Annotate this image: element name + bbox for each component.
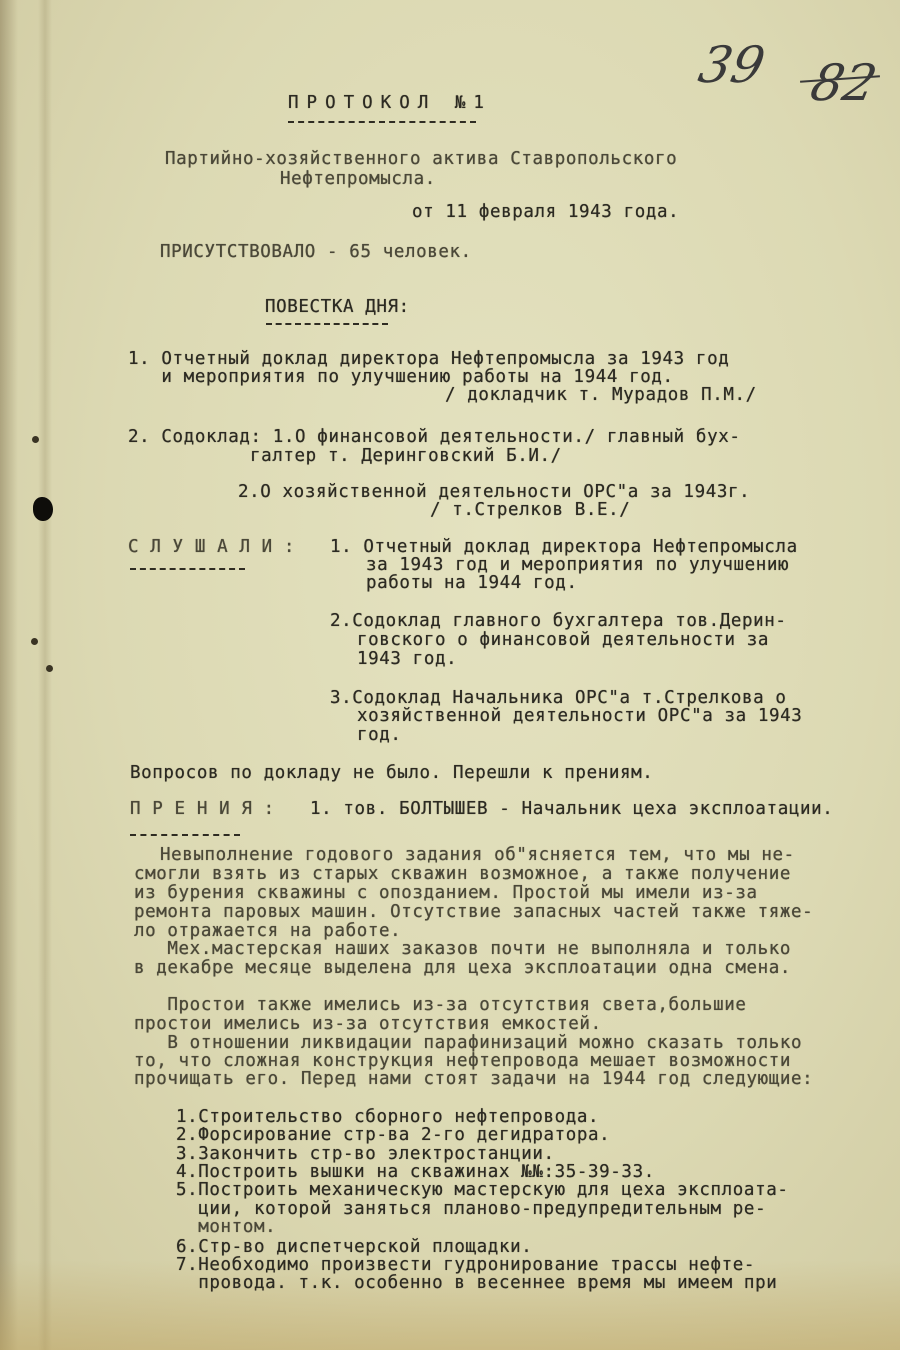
heard-item-1-line-2: за 1943 год и мероприятия по улучшению (366, 556, 789, 574)
debate-p1-line-1: Невыполнение годового задания об"ясняетс… (160, 846, 795, 864)
heard-item-1-line-3: работы на 1944 год. (366, 574, 578, 592)
binding-hole-small (32, 436, 39, 443)
debate-speaker: 1. тов. БОЛТЫШЕВ - Начальник цеха экспло… (310, 800, 833, 818)
heard-item-3-line-2: хозяйственной деятельности ОРС"а за 1943 (357, 707, 802, 725)
binding-hole-small (46, 665, 53, 672)
debate-p2-line-1: Мех.мастерская наших заказов почти не вы… (134, 940, 791, 958)
title-underline (288, 121, 476, 123)
old-sheet-number-struck: 82 (806, 54, 882, 112)
binding-hole-small (31, 638, 38, 645)
agenda-heading: ПОВЕСТКА ДНЯ: (265, 298, 410, 316)
task-7-line-1: 7.Необходимо произвести гудронирование т… (176, 1256, 755, 1274)
debate-p1-line-4: ремонта паровых машин. Отсутствие запасн… (134, 903, 813, 921)
debate-p1-line-5: ло отражается на работе. (134, 922, 401, 940)
debate-p3-line-3: В отношении ликвидации парафинизаций мож… (134, 1034, 802, 1052)
agenda-item-1-line-1: 1. Отчетный доклад директора Нефтепромыс… (128, 350, 729, 368)
task-1: 1.Строительство сборного нефтепровода. (176, 1108, 599, 1126)
debate-p1-line-2: смогли взять из старых скважин возможное… (134, 865, 791, 883)
task-2: 2.Форсирование стр-ва 2-го дегидратора. (176, 1126, 610, 1144)
document-page: 39 82 ПРОТОКОЛ №1 Партийно-хозяйственног… (0, 0, 900, 1350)
heard-item-2-line-2: говского о финансовой деятельности за (357, 631, 769, 649)
task-3: 3.Закончить стр-во электростанции. (176, 1145, 555, 1163)
sheet-number-handwritten: 39 (694, 36, 770, 94)
subtitle-line-2: Нефтепромысла. (280, 170, 436, 188)
agenda-item-1-line-2: и мероприятия по улучшению работы на 194… (128, 368, 674, 386)
debate-p3-line-5: прочищать его. Перед нами стоят задачи н… (134, 1070, 813, 1088)
agenda-item-3-line-2: / т.Стрелков В.Е./ (430, 501, 630, 519)
subtitle-line-1: Партийно-хозяйственного актива Ставропол… (165, 150, 677, 168)
heard-label: С Л У Ш А Л И : (128, 538, 295, 556)
task-5-line-3: монтом. (176, 1218, 276, 1236)
page-fold (38, 0, 52, 1350)
debate-p3-line-2: простои имелись из-за отсутствия емкосте… (134, 1015, 602, 1033)
task-5-line-1: 5.Построить механическую мастерскую для … (176, 1181, 788, 1199)
agenda-item-2-line-1: 2. Содоклад: 1.О финансовой деятельности… (128, 428, 740, 446)
debate-p3-line-1: Простои также имелись из-за отсутствия с… (134, 996, 746, 1014)
heard-underline (130, 568, 245, 570)
task-7-line-2: провода. т.к. особенно в весеннее время … (176, 1274, 777, 1292)
heard-item-3-line-3: год. (357, 726, 402, 744)
debate-p2-line-2: в декабре месяце выделена для цеха экспл… (134, 959, 791, 977)
heard-item-2-line-1: 2.Содоклад главного бухгалтера тов.Дерин… (330, 612, 787, 630)
heard-item-2-line-3: 1943 год. (357, 650, 457, 668)
task-6: 6.Стр-во диспетчерской площадки. (176, 1238, 532, 1256)
heard-item-1-line-1: 1. Отчетный доклад директора Нефтепромыс… (330, 538, 798, 556)
task-4: 4.Построить вышки на скважинах №№:35-39-… (176, 1163, 655, 1181)
attendance: ПРИСУТСТВОВАЛО - 65 человек. (160, 243, 472, 261)
debate-underline (130, 834, 240, 836)
debate-p3-line-4: то, что сложная конструкция нефтепровода… (134, 1052, 791, 1070)
agenda-item-1-speaker: / докладчик т. Мурадов П.М./ (445, 386, 757, 404)
no-questions-note: Вопросов по докладу не было. Перешли к п… (130, 764, 653, 782)
agenda-underline (266, 323, 388, 325)
debate-label: П Р Е Н И Я : (130, 800, 275, 818)
debate-p1-line-3: из бурения скважины с опозданием. Просто… (134, 884, 758, 902)
heard-item-3-line-1: 3.Содоклад Начальника ОРС"а т.Стрелкова … (330, 689, 787, 707)
page-edge-shadow (0, 0, 18, 1350)
document-title: ПРОТОКОЛ №1 (288, 94, 492, 112)
document-date: от 11 февраля 1943 года. (412, 203, 679, 221)
binding-hole (33, 497, 53, 521)
agenda-item-2-line-2: гaлтер т. Деринговский Б.И./ (250, 447, 562, 465)
agenda-item-3-line-1: 2.О хозяйственной деятельности ОРС"а за … (238, 483, 750, 501)
task-5-line-2: ции, которой заняться планово-предупреди… (176, 1200, 766, 1218)
